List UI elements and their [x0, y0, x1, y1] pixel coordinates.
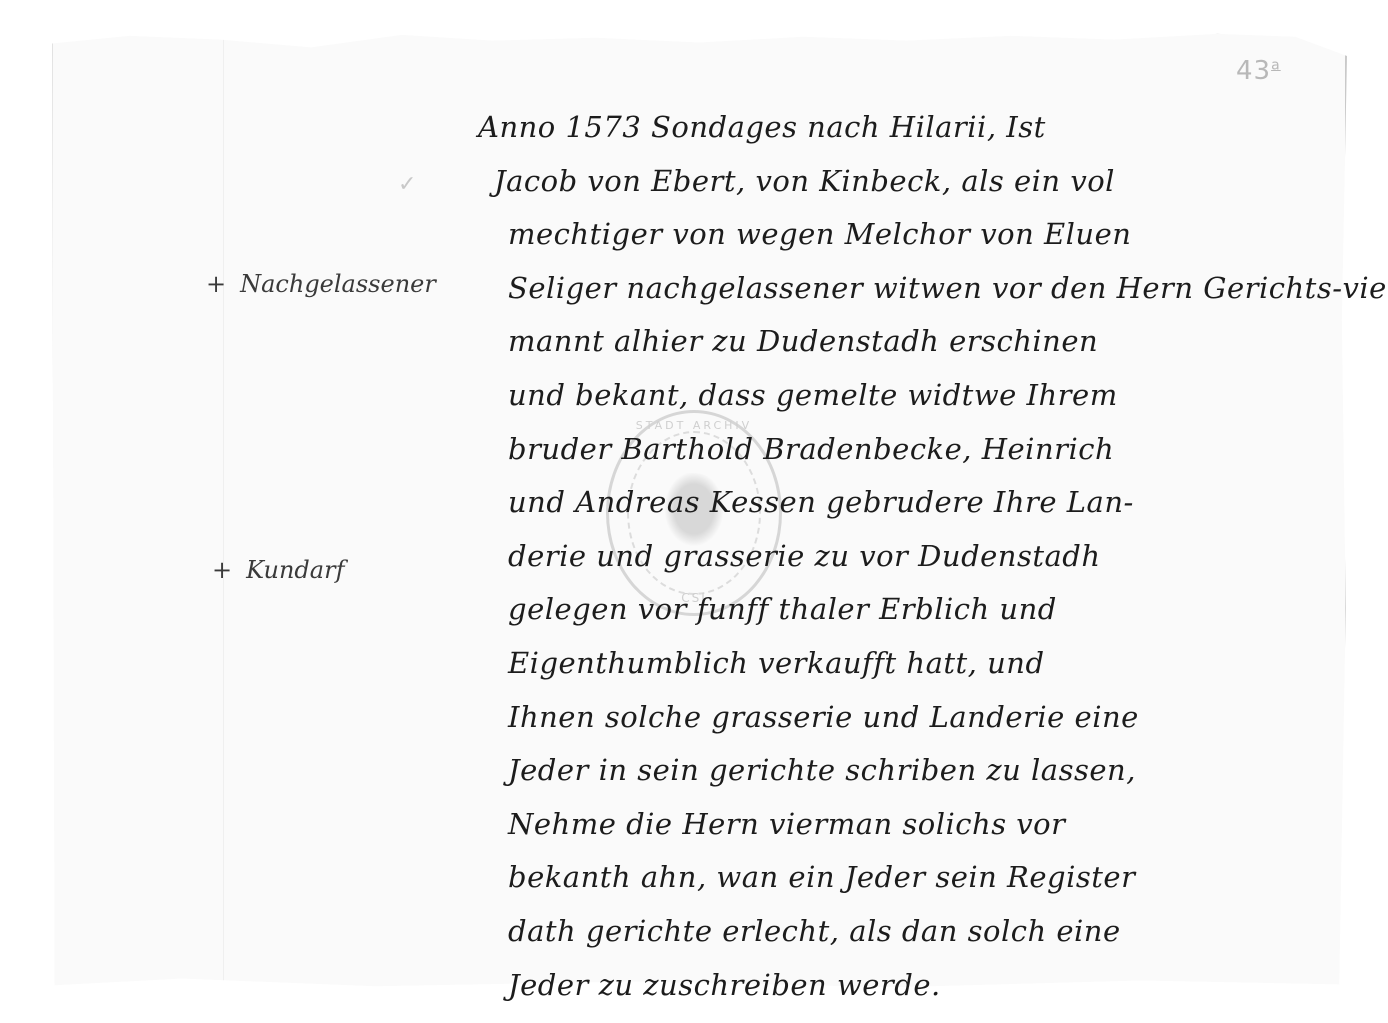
text-line-7: bruder Barthold Bradenbecke, Heinrich: [478, 432, 1338, 486]
text-line-2: Jacob von Ebert, von Kinbeck, als ein vo…: [478, 164, 1338, 218]
margin-note-text: Kundarf: [246, 556, 344, 584]
folio-number: 43a: [1236, 56, 1281, 86]
text-line-8: und Andreas Kessen gebrudere Ihre Lan-: [478, 485, 1338, 539]
text-line-16: dath gerichte erlecht, als dan solch ein…: [478, 914, 1338, 968]
text-line-5: mannt alhier zu Dudenstadh erschinen: [478, 324, 1338, 378]
text-line-10: gelegen vor funff thaler Erblich und: [478, 592, 1338, 646]
text-line-6: und bekant, dass gemelte widtwe Ihrem: [478, 378, 1338, 432]
text-line-9: derie und grasserie zu vor Dudenstadh: [478, 539, 1338, 593]
folio-suffix: a: [1271, 57, 1281, 73]
text-line-12: Ihnen solche grasserie und Landerie eine: [478, 700, 1338, 754]
text-line-4: Seliger nachgelassener witwen vor den He…: [478, 271, 1338, 325]
text-line-1: Anno 1573 Sondages nach Hilarii, Ist: [478, 110, 1338, 164]
margin-note-2: +Kundarf: [212, 556, 344, 584]
text-line-14: Nehme die Hern vierman solichs vor: [478, 807, 1338, 861]
text-line-13: Jeder in sein gerichte schriben zu lasse…: [478, 753, 1338, 807]
margin-tick-mark: ✓: [398, 172, 416, 197]
margin-note-1: +Nachgelassener: [206, 270, 436, 298]
manuscript-body: Anno 1573 Sondages nach Hilarii, Ist Jac…: [478, 110, 1338, 1021]
text-line-11: Eigenthumblich verkaufft hatt, und: [478, 646, 1338, 700]
folio-number-value: 43: [1236, 56, 1271, 86]
cross-mark-icon: +: [206, 270, 226, 298]
text-line-15: bekanth ahn, wan ein Jeder sein Register: [478, 860, 1338, 914]
margin-note-text: Nachgelassener: [240, 270, 436, 298]
text-line-3: mechtiger von wegen Melchor von Eluen: [478, 217, 1338, 271]
cross-mark-icon: +: [212, 556, 232, 584]
paper-fold: [223, 34, 224, 990]
text-line-17: Jeder zu zuschreiben werde.: [478, 968, 1338, 1022]
